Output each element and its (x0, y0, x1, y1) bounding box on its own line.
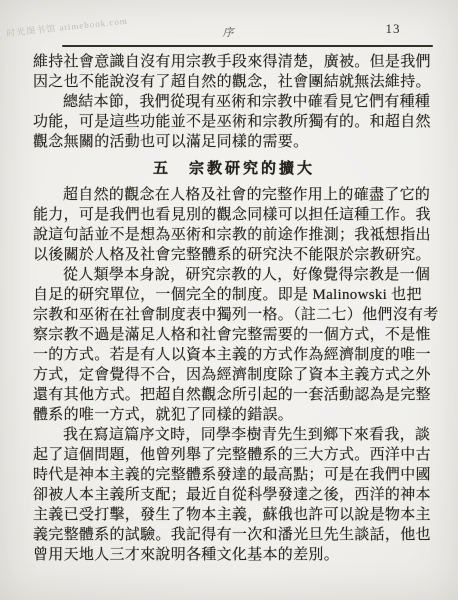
text-line: 能力，可是我們也看見別的觀念同樣可以担任這種工作。我 (33, 205, 435, 225)
text-line: 體系的唯一方式，就犯了同樣的錯誤。 (33, 405, 435, 425)
text-line: 自足的研究單位，一個完全的制度。即是 Malinowski 也把 (33, 285, 435, 305)
text-line: 察宗教不過是滿足人格和社會完整需要的一個方式，不是惟 (33, 325, 435, 345)
text-line: 宗教和巫術在社會制度表中獨列一格。（註二七）他們沒有考 (33, 305, 435, 325)
paragraph: 我在寫這篇序文時，同學李樹青先生到鄉下來看我，談起了這個問題，他曾列舉了完整體系… (33, 425, 435, 565)
text-line: 總結本節，我們從現有巫術和宗教中確看見它們有種種 (33, 92, 435, 112)
text-line: 卻被人本主義所支配；最近自從科學發達之後，西洋的神本 (33, 485, 435, 505)
section-heading: 五 宗教研究的擴大 (33, 159, 435, 179)
scanned-book-page: 时光图书馆 atimebook.com 序 13 維持社會意識自沒有用宗教手段來… (0, 0, 458, 600)
page-body: 維持社會意識自沒有用宗教手段來得清楚，廣被。但是我們因之也不能說沒有了超自然的觀… (33, 52, 435, 565)
paragraph: 從人類學本身說，研究宗教的人，好像覺得宗教是一個自足的研究單位，一個完全的制度。… (33, 265, 435, 425)
text-line: 一的方式。若是有人以資本主義的方式作為經濟制度的唯一 (33, 345, 435, 365)
text-line: 方式，定會覺得不合，因為經濟制度除了資本主義方式之外 (33, 365, 435, 385)
text-line: 義完整體系的試驗。我記得有一次和潘光旦先生談話，他也 (33, 525, 435, 545)
text-line: 主義已受打擊，發生了物本主義，蘇俄也許可以說是物本主 (33, 505, 435, 525)
page-number: 13 (378, 21, 408, 37)
text-line: 功能，可是這些功能並不是巫術和宗教所獨有的。和超自然 (33, 112, 435, 132)
paragraph: 總結本節，我們從現有巫術和宗教中確看見它們有種種功能，可是這些功能並不是巫術和宗… (33, 92, 435, 152)
text-line: 我在寫這篇序文時，同學李樹青先生到鄉下來看我，談 (33, 425, 435, 445)
text-line: 曾用天地人三才來說明各種文化基本的差別。 (33, 545, 435, 565)
watermark: 时光图书馆 atimebook.com (6, 14, 129, 40)
text-line: 以後關於人格及社會完整體系的研究決不能限於宗教研究。 (33, 245, 435, 265)
text-line: 維持社會意識自沒有用宗教手段來得清楚，廣被。但是我們 (33, 52, 435, 72)
text-line: 從人類學本身說，研究宗教的人，好像覺得宗教是一個 (33, 265, 435, 285)
paragraph: 維持社會意識自沒有用宗教手段來得清楚，廣被。但是我們因之也不能說沒有了超自然的觀… (33, 52, 435, 92)
text-line: 還有其他方式。把超自然觀念所引起的一套活動認為是完整 (33, 385, 435, 405)
text-line: 因之也不能說沒有了超自然的觀念，社會團結就無法維持。 (33, 72, 435, 92)
header-rule (62, 45, 433, 47)
text-line: 時代是神本主義的完整體系發達的最高點；可是在我們中國 (33, 465, 435, 485)
text-line: 說這句話並不是想為巫術和宗教的前途作推測；我祗想指出 (33, 225, 435, 245)
text-line: 超自然的觀念在人格及社會的完整作用上的確盡了它的 (33, 185, 435, 205)
running-header-title: 序 (208, 24, 248, 40)
text-line: 起了這個問題，他曾列舉了完整體系的三大方式。西洋中古 (33, 445, 435, 465)
paragraph: 超自然的觀念在人格及社會的完整作用上的確盡了它的能力，可是我們也看見別的觀念同樣… (33, 185, 435, 265)
text-line: 觀念無關的活動也可以滿足同樣的需要。 (33, 132, 435, 152)
